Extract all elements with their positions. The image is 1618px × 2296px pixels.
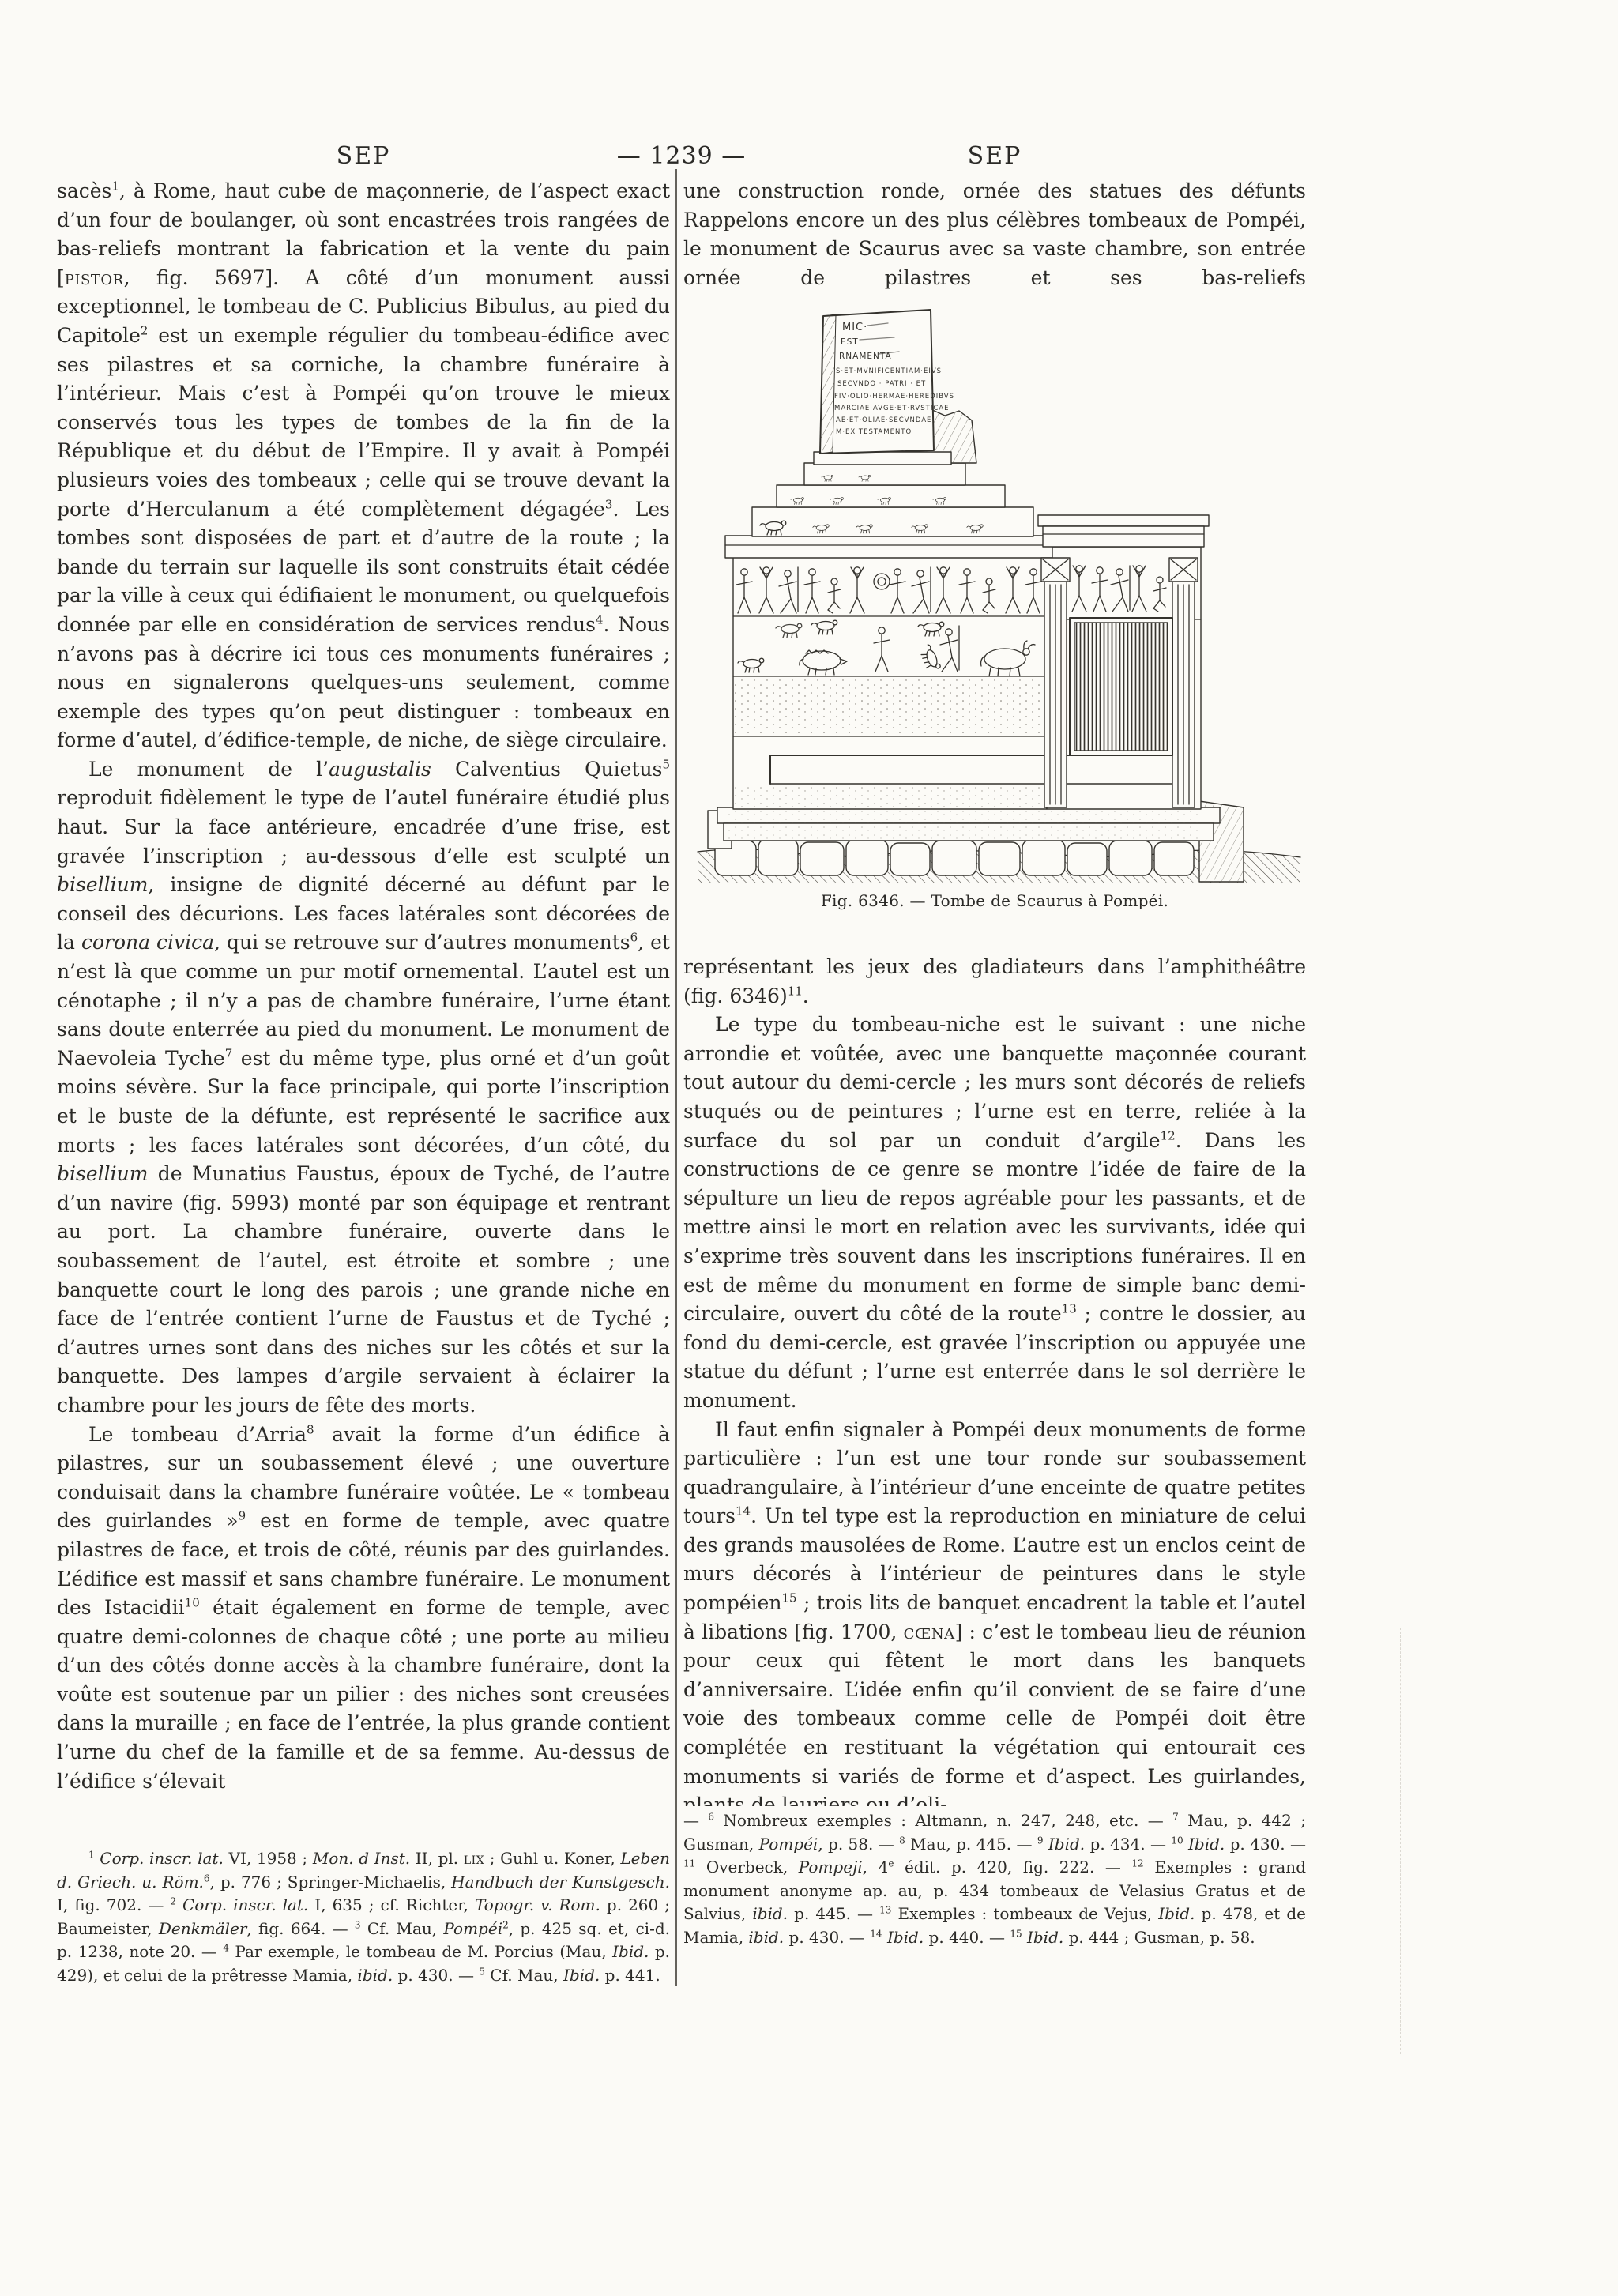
column-divider-rule <box>675 169 677 1986</box>
running-title-right: SEP <box>683 142 1306 170</box>
right-column-footnotes: — 6 Nombreux exemples : Altmann, n. 247,… <box>683 1809 1306 1950</box>
right-pilaster <box>1169 558 1198 807</box>
footnote-block-right: — 6 Nombreux exemples : Altmann, n. 247,… <box>683 1809 1306 1950</box>
stele-inscription-line: AE·ET·OLIAE·SECVNDAE <box>836 416 931 424</box>
figure-caption: Fig. 6346. — Tombe de Scaurus à Pompéi. <box>683 891 1306 910</box>
recessed-panel <box>770 755 1173 784</box>
stele-inscription-line: EST <box>841 337 859 347</box>
stippled-band <box>735 678 1045 735</box>
right-column-body-top: une construction ronde, ornée des statue… <box>683 177 1306 295</box>
paragraph: Il faut enfin signaler à Pompéi deux mon… <box>683 1416 1306 1807</box>
footnote-block-left: 1 Corp. inscr. lat. VI, 1958 ; Mon. d In… <box>57 1847 670 1988</box>
paragraph: Le tombeau d’Arria8 avait la forme d’un … <box>57 1421 670 1797</box>
tomb-door <box>1070 618 1172 755</box>
stele-inscription-line: MARCIAE·AVGE·ET·RVSTICAE <box>834 405 949 412</box>
lower-band <box>735 785 1045 807</box>
stele-inscription-line: M·EX TESTAMENTO <box>836 428 912 436</box>
left-column-footnotes: 1 Corp. inscr. lat. VI, 1958 ; Mon. d In… <box>57 1847 670 1988</box>
stele-inscription-line: RNAMENTA <box>839 352 892 361</box>
foundation-stones <box>715 839 1194 875</box>
paragraph: Le type du tombeau-niche est le suivant … <box>683 1011 1306 1415</box>
left-pilaster <box>1041 558 1070 807</box>
figure: MIC· EST RNAMENTA S·ET·MVNIFICENTIAM·EIV… <box>695 295 1304 884</box>
platform <box>717 807 1220 841</box>
paragraph: sacès1, à Rome, haut cube de maçonnerie,… <box>57 177 670 755</box>
stele-inscription-line: SECVNDO · PATRI · ET <box>837 380 926 388</box>
stele-inscription-line: FIV·OLIO·HERMAE·HEREDIBVS <box>834 393 954 401</box>
scanned-book-page: SEP — 1239 — SEP sacès1, à Rome, haut cu… <box>0 0 1618 2296</box>
left-column-body: sacès1, à Rome, haut cube de maçonnerie,… <box>57 177 670 1830</box>
right-column-body: représentant les jeux des gladiateurs da… <box>683 953 1306 1806</box>
stele-inscription-line: MIC· <box>842 322 867 333</box>
paragraph: Le monument de l’augustalis Calventius Q… <box>57 755 670 1421</box>
paragraph: une construction ronde, ornée des statue… <box>683 177 1306 292</box>
paragraph: représentant les jeux des gladiateurs da… <box>683 953 1306 1011</box>
aedicula-entablature <box>1038 515 1209 547</box>
stele-inscription-line: S·ET·MVNIFICENTIAM·EIVS <box>836 367 942 375</box>
main-cornice <box>725 536 1052 558</box>
stepped-base <box>752 463 1033 536</box>
scan-artifact-line <box>1400 1628 1401 2054</box>
tomb-engraving: MIC· EST RNAMENTA S·ET·MVNIFICENTIAM·EIV… <box>695 295 1304 884</box>
